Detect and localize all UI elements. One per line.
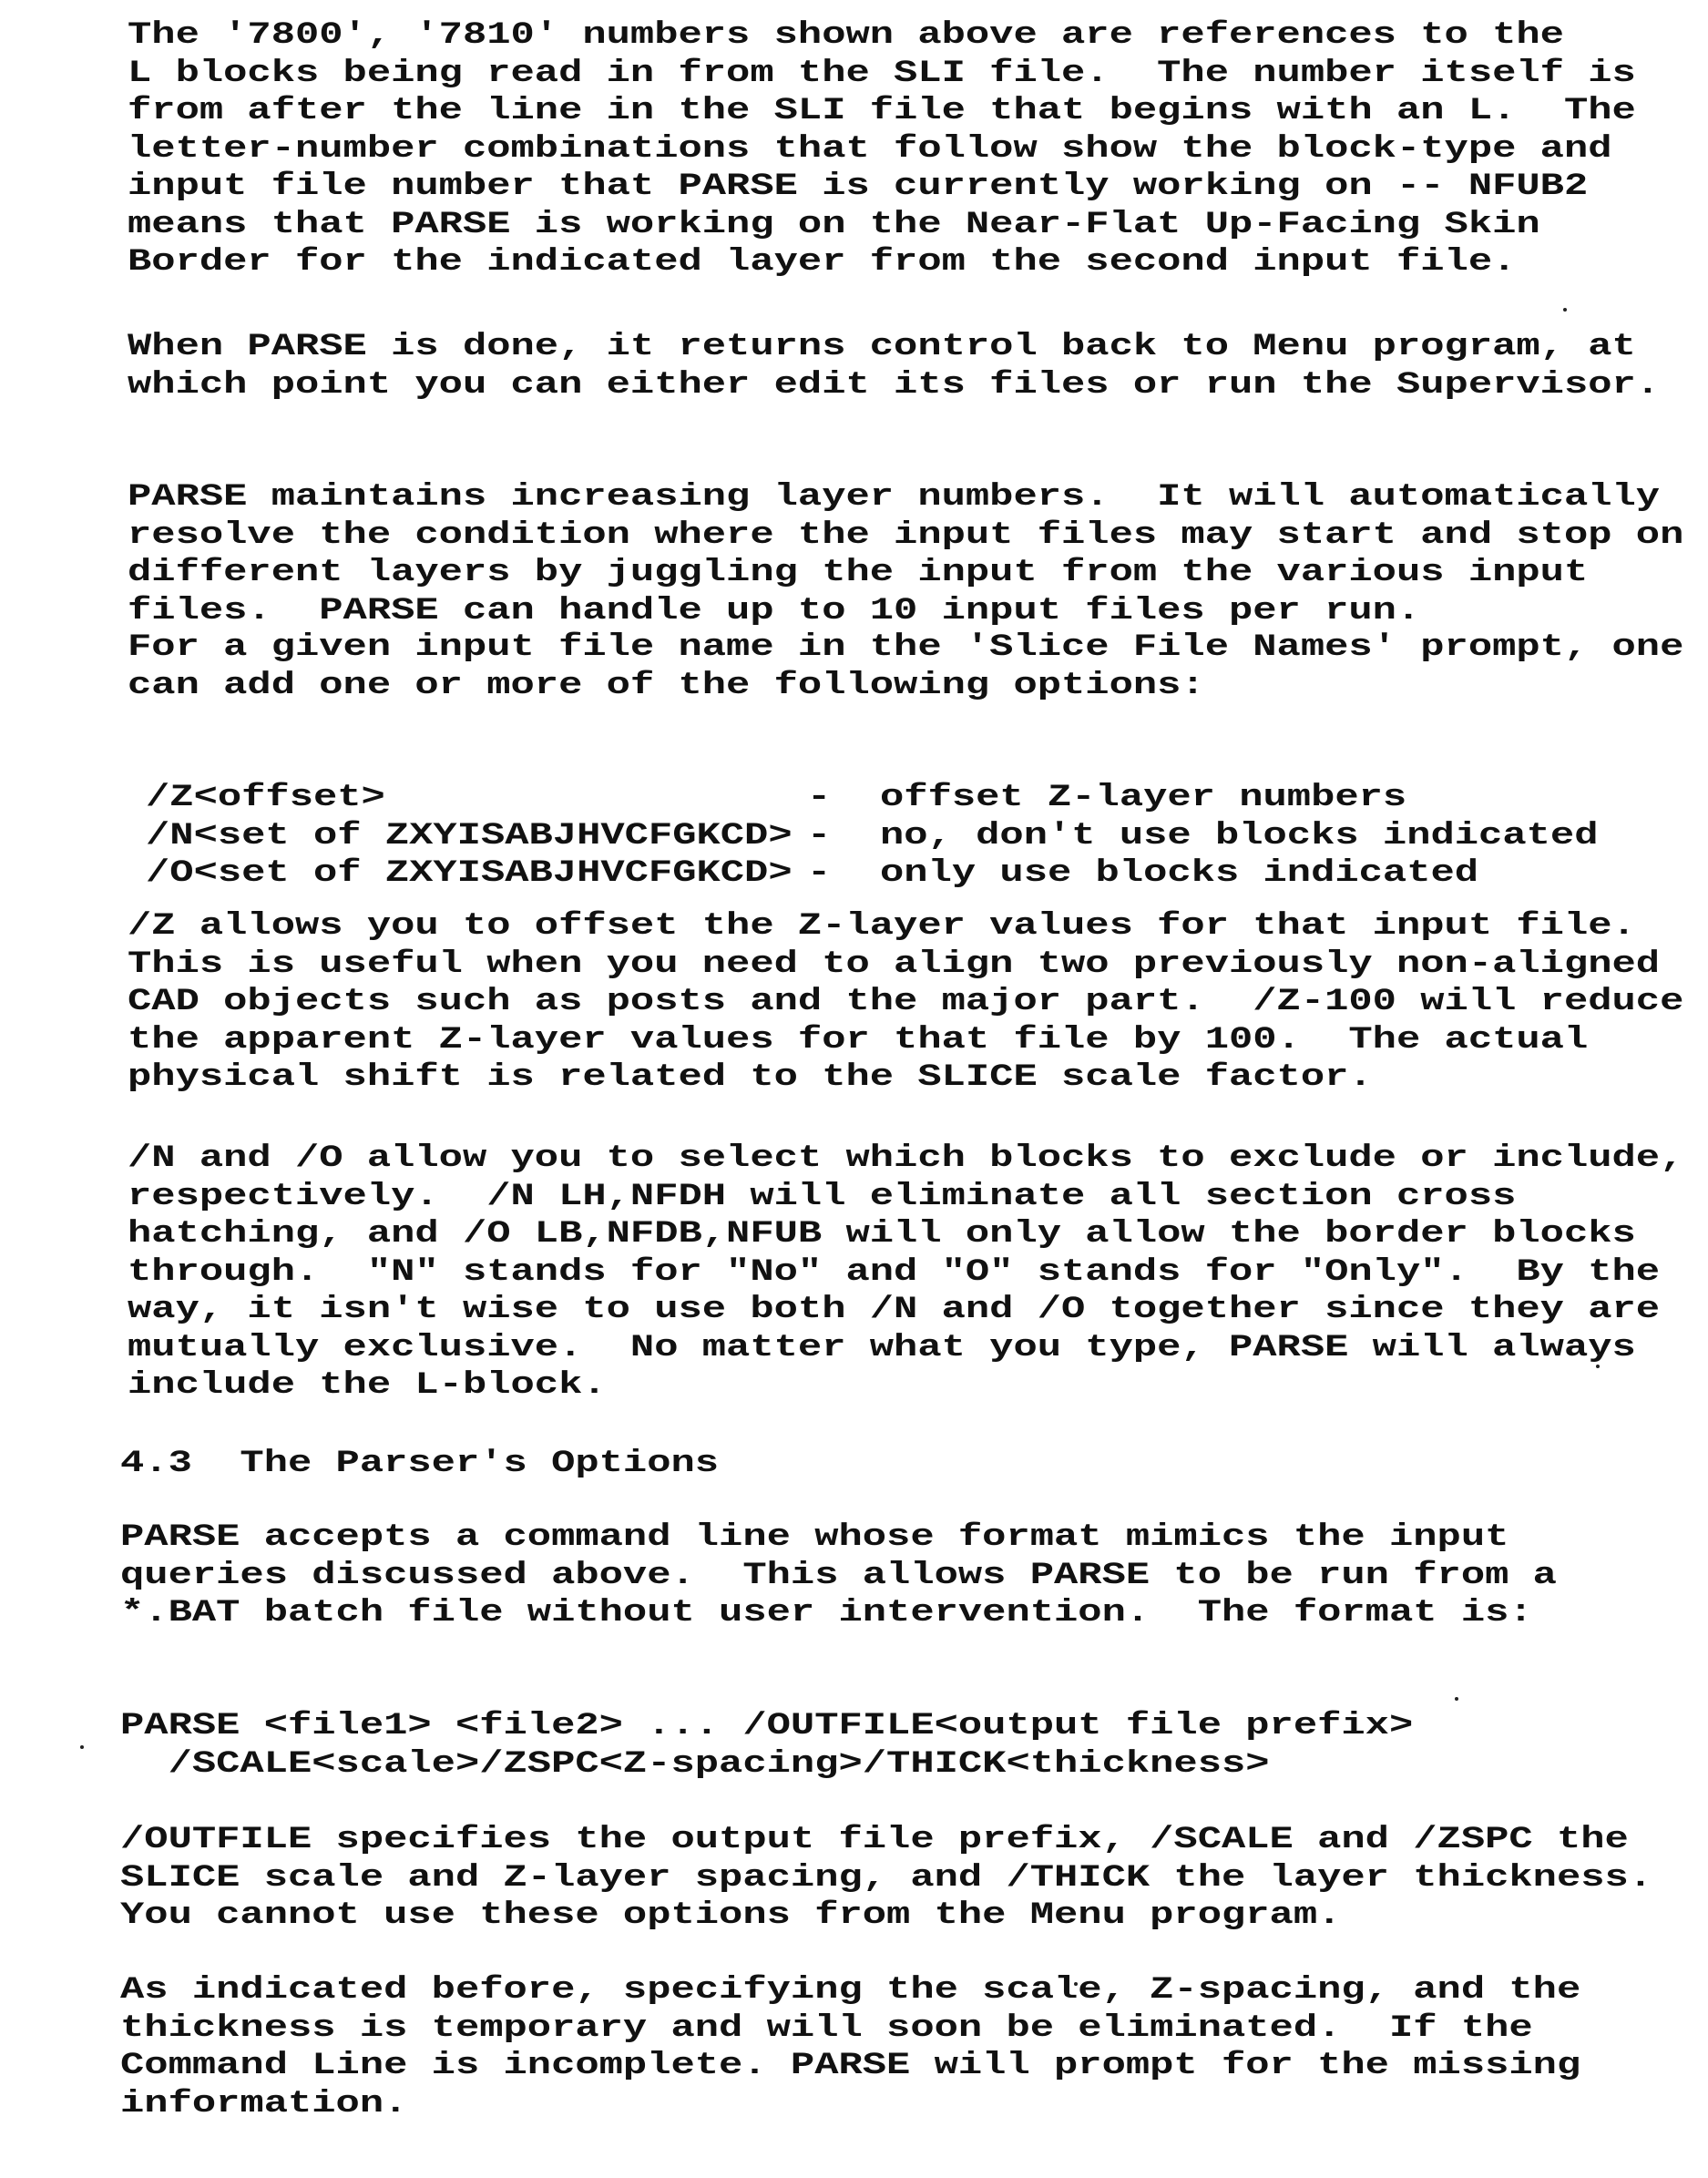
text-line: PARSE <file1> <file2> ... /OUTFILE<outpu… <box>120 1711 1413 1742</box>
scan-speck <box>1551 951 1555 955</box>
text-line: means that PARSE is working on the Near-… <box>128 210 1540 240</box>
text-line: *.BAT batch file without user interventi… <box>120 1598 1533 1629</box>
text-line: /SCALE<scale>/ZSPC<Z-spacing>/THICK<thic… <box>120 1749 1270 1780</box>
scan-speck <box>80 1745 84 1749</box>
text-line: CAD objects such as posts and the major … <box>128 987 1683 1017</box>
text-line: include the L-block. <box>128 1370 607 1401</box>
text-line: L blocks being read in from the SLI file… <box>128 58 1636 89</box>
text-line: can add one or more of the following opt… <box>128 670 1205 701</box>
text-line: /Z allows you to offset the Z-layer valu… <box>128 911 1636 942</box>
text-line: files. PARSE can handle up to 10 input f… <box>128 596 1420 627</box>
scan-speck <box>1455 1697 1458 1701</box>
text-line: The '7800', '7810' numbers shown above a… <box>128 20 1564 51</box>
text-line: respectively. /N LH,NFDH will eliminate … <box>128 1181 1516 1212</box>
text-line: which point you can either edit its file… <box>128 370 1660 401</box>
text-line: queries discussed above. This allows PAR… <box>120 1560 1557 1591</box>
text-line: Command Line is incomplete. PARSE will p… <box>120 2050 1580 2081</box>
text-line: input file number that PARSE is currentl… <box>128 171 1588 202</box>
text-line: through. "N" stands for "No" and "O" sta… <box>128 1257 1660 1288</box>
text-line: As indicated before, specifying the scal… <box>120 1975 1580 2006</box>
option-description: only use blocks indicated <box>880 858 1478 889</box>
text-line: resolve the condition where the input fi… <box>128 520 1683 551</box>
text-line: way, it isn't wise to use both /N and /O… <box>128 1294 1660 1325</box>
text-line: /OUTFILE specifies the output file prefi… <box>120 1825 1629 1856</box>
section-heading-text: 4.3 The Parser's Options <box>120 1448 719 1479</box>
text-line: This is useful when you need to align tw… <box>128 949 1660 980</box>
text-line: letter-number combinations that follow s… <box>128 134 1612 165</box>
text-line: physical shift is related to the SLICE s… <box>128 1062 1373 1093</box>
text-line: When PARSE is done, it returns control b… <box>128 332 1636 363</box>
option-syntax: /O<set of ZXYISABJHVCFGKCD> <box>146 858 793 889</box>
option-description: offset Z-layer numbers <box>880 782 1406 813</box>
option-separator: - <box>807 782 831 813</box>
option-syntax: /Z<offset> <box>146 782 385 813</box>
text-line: thickness is temporary and will soon be … <box>120 2013 1533 2044</box>
text-line: the apparent Z-layer values for that fil… <box>128 1025 1588 1056</box>
option-description: no, don't use blocks indicated <box>880 821 1598 852</box>
document-page: The '7800', '7810' numbers shown above a… <box>0 0 1708 2178</box>
option-separator: - <box>807 821 831 852</box>
text-line: PARSE maintains increasing layer numbers… <box>128 482 1660 513</box>
scan-speck <box>1074 1982 1078 1986</box>
text-line: SLICE scale and Z-layer spacing, and /TH… <box>120 1863 1652 1894</box>
option-syntax: /N<set of ZXYISABJHVCFGKCD> <box>146 821 793 852</box>
option-separator: - <box>807 858 831 889</box>
text-line: information. <box>120 2089 407 2120</box>
text-line: from after the line in the SLI file that… <box>128 96 1636 127</box>
text-line: You cannot use these options from the Me… <box>120 1900 1341 1931</box>
text-line: mutually exclusive. No matter what you t… <box>128 1333 1636 1364</box>
text-line: Border for the indicated layer from the … <box>128 247 1516 278</box>
text-line: For a given input file name in the 'Slic… <box>128 632 1683 663</box>
scan-speck <box>1474 351 1478 354</box>
text-line: PARSE accepts a command line whose forma… <box>120 1522 1509 1553</box>
text-line: different layers by juggling the input f… <box>128 557 1588 588</box>
text-line: hatching, and /O LB,NFDB,NFUB will only … <box>128 1219 1636 1250</box>
scan-speck <box>1563 308 1567 312</box>
scan-speck <box>1596 1365 1600 1368</box>
text-line: /N and /O allow you to select which bloc… <box>128 1143 1683 1174</box>
